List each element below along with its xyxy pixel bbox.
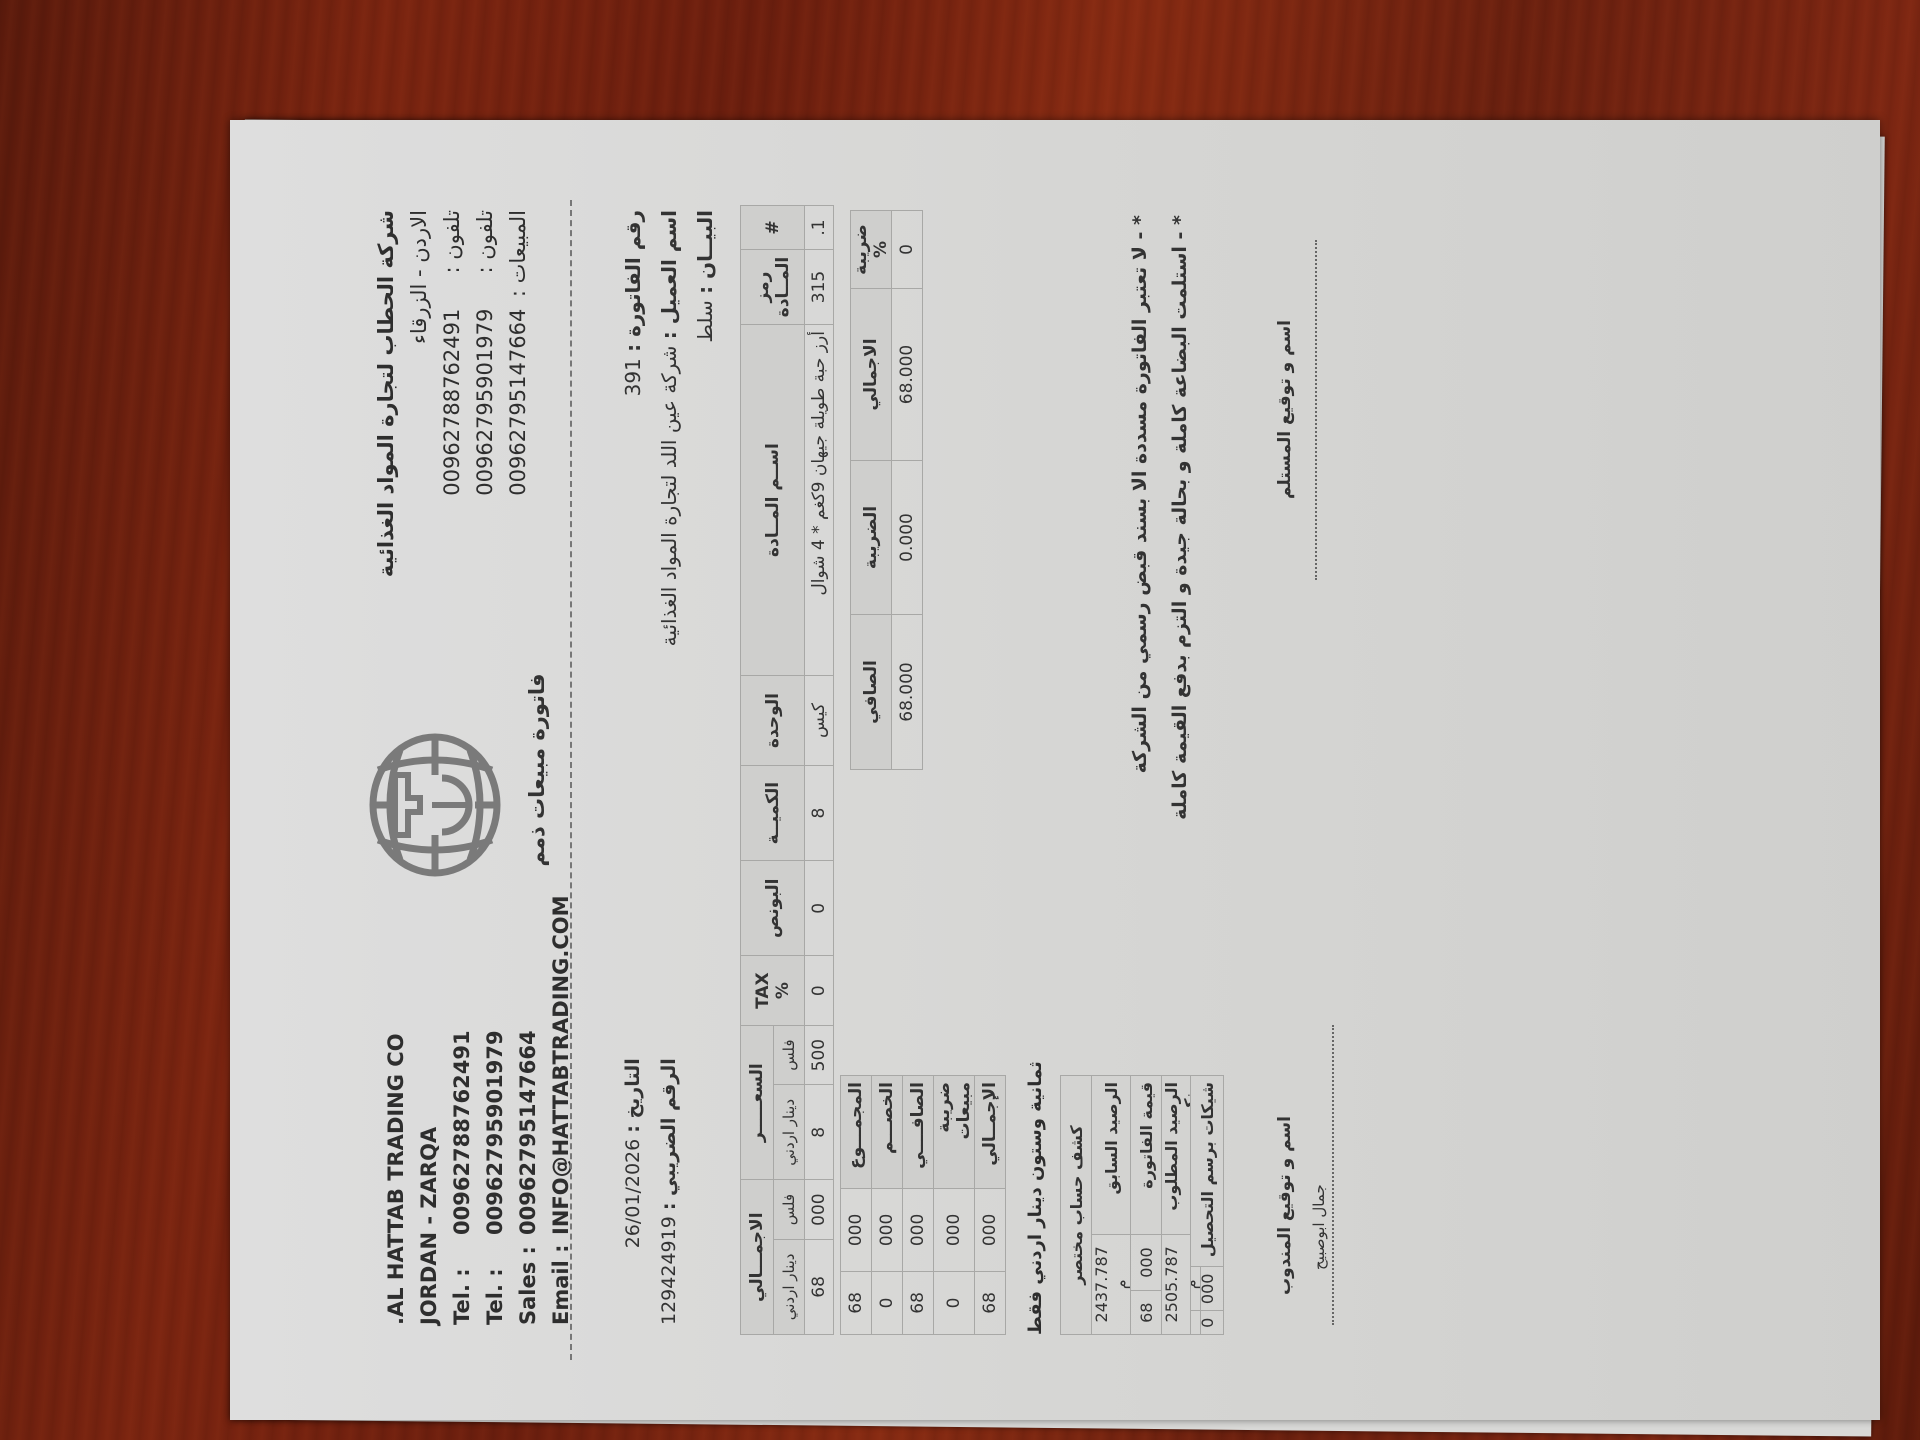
net-row: الصافــــي00068 xyxy=(903,1076,934,1335)
representative-signature-line xyxy=(1332,1025,1334,1325)
contact-row: Email :INFO@HATTABTRADING.COM xyxy=(545,896,578,1326)
tax-number-row: الرقم الضريبي : 129424919 xyxy=(651,1058,687,1325)
tax-summary-table: ضريبة % الاجمالي الضريبة الصافي 0 68.000… xyxy=(850,210,923,770)
invoice-photo: .AL HATTAB TRADING CO JORDAN - ZARQA Tel… xyxy=(230,120,1880,1420)
globe-ht-monogram-logo xyxy=(360,730,510,880)
contact-row: Tel. :00962788762491 xyxy=(446,896,479,1326)
statement: سلط xyxy=(693,300,717,342)
discount-row: الخصـــم0000 xyxy=(872,1076,903,1335)
items-table: # رمز المــادة اســم المــادة الوحدة الك… xyxy=(740,205,834,1335)
invoice-title: فاتورة مبيعات ذمم xyxy=(525,120,549,1420)
col-tax: TAX % xyxy=(741,956,805,1026)
contact-row: Tel. :00962795901979 xyxy=(479,896,512,1326)
customer-name: شركة عين اللد لتجارة المواد الغذائية xyxy=(657,346,681,647)
statement-row: البيــان : سلط xyxy=(687,210,723,930)
invoice-date: 26/01/2026 xyxy=(622,1139,644,1249)
grand-total-row: الإجمــالي00068 xyxy=(975,1076,1006,1335)
invoice-page: .AL HATTAB TRADING CO JORDAN - ZARQA Tel… xyxy=(230,120,1880,1420)
account-statement-table: كشف حساب مختصر الرصيد السابق2437.787 م ق… xyxy=(1060,1075,1201,1335)
tax-number: 129424919 xyxy=(658,1216,680,1325)
contact-row-ar: تلفون : 00962795901979 xyxy=(469,210,502,630)
note-1: * - لا تعتبر الفاتورة مسددة الا بسند قبض… xyxy=(1120,215,1160,915)
col-total-dinar: دينار اردني xyxy=(774,1239,805,1334)
date-row: التاريخ : 26/01/2026 xyxy=(615,1058,651,1325)
col-code: رمز المــادة xyxy=(741,249,805,324)
account-statement-title: كشف حساب مختصر xyxy=(1061,1076,1092,1335)
col-name: اســم المــادة xyxy=(741,325,805,676)
col-price-dinar: دينار اردني xyxy=(774,1085,805,1180)
col-total: الاجمـــالي xyxy=(741,1180,774,1335)
totals-table: المجمـــوع00068 الخصـــم0000 الصافــــي0… xyxy=(840,1075,1006,1335)
invoice-number-row: رقم الفاتورة : 391 xyxy=(615,210,651,930)
col-index: # xyxy=(741,206,805,250)
representative-signature-label: اسم و توقيع المندوب xyxy=(1275,1116,1295,1295)
invoice-info-right: رقم الفاتورة : 391 اسم العميل : شركة عين… xyxy=(615,210,723,930)
col-bonus: البونص xyxy=(741,861,805,956)
company-name-en: .AL HATTAB TRADING CO xyxy=(380,896,413,1326)
invoice-number: 391 xyxy=(621,358,645,396)
sales-tax-row: ضريبة مبيعات0000 xyxy=(934,1076,975,1335)
invoice-info-left: التاريخ : 26/01/2026 الرقم الضريبي : 129… xyxy=(615,1058,687,1325)
col-total-fils: فلس xyxy=(774,1180,805,1239)
amount-in-words: ثمانية وستون دينار اردني فقط xyxy=(1025,1061,1046,1335)
phone-1: 00962788762491 xyxy=(450,1030,474,1235)
col-unit: الوحدة xyxy=(741,676,805,766)
representative-name: جمال ابوصبيح xyxy=(1310,1184,1328,1270)
receiver-signature-label: اسم و توقيع المستلم xyxy=(1275,320,1295,499)
company-header-ar: شركة الحطاب لتجارة المواد الغذائية الارد… xyxy=(370,210,535,630)
total-row: المجمـــوع00068 xyxy=(841,1076,872,1335)
previous-balance-row: الرصيد السابق2437.787 م xyxy=(1092,1076,1131,1335)
receiver-signature-line xyxy=(1315,240,1317,580)
cheques-row: شيكات برسم التحصيل0000 xyxy=(1191,1076,1224,1335)
col-qty: الكميــة xyxy=(741,766,805,861)
col-price: السعـــــر xyxy=(741,1025,774,1180)
invoice-value-row: قيمة الفاتورة00068 xyxy=(1131,1076,1162,1335)
item-name: أرز حبة طويلة جيهان 9كغم * 4 شوال xyxy=(805,325,834,676)
customer-row: اسم العميل : شركة عين اللد لتجارة المواد… xyxy=(651,210,687,930)
company-name-ar: شركة الحطاب لتجارة المواد الغذائية xyxy=(370,210,403,630)
cheques-table: شيكات برسم التحصيل0000 xyxy=(1190,1075,1224,1335)
phone-2: 00962795901979 xyxy=(483,1030,507,1235)
invoice-notes: * - لا تعتبر الفاتورة مسددة الا بسند قبض… xyxy=(1120,215,1200,915)
table-row: 1. 315 أرز حبة طويلة جيهان 9كغم * 4 شوال… xyxy=(805,206,834,1335)
table-row: 0 68.000 0.000 68.000 xyxy=(892,211,923,770)
company-location-en: JORDAN - ZARQA xyxy=(413,896,446,1326)
col-price-fils: فلس xyxy=(774,1025,805,1084)
note-2: * - استلمت البضاعة كاملة و بحالة جيدة و … xyxy=(1160,215,1200,915)
header-divider xyxy=(570,200,572,1360)
contact-row-ar: تلفون : 00962788762491 xyxy=(436,210,469,630)
company-location-ar: الاردن - الزرقاء xyxy=(403,210,436,630)
